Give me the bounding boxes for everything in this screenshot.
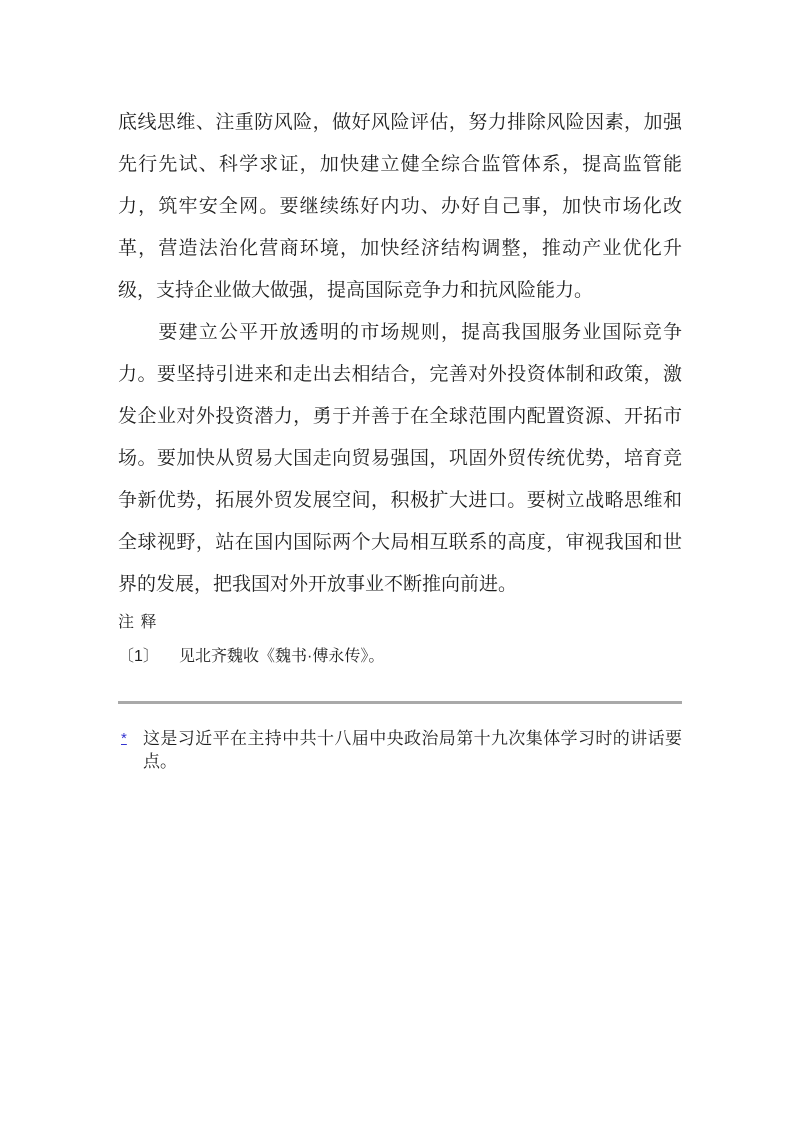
footnote: * 这是习近平在主持中共十八届中央政治局第十九次集体学习时的讲话要点。	[118, 727, 682, 773]
text-line: 级，支持企业做大做强，提高国际竞争力和抗风险能力。	[118, 270, 682, 312]
page: 底线思维、注重防风险，做好风险评估，努力排除风险因素，加强 先行先试、科学求证，…	[0, 0, 800, 1130]
text-line: 要建立公平开放透明的市场规则，提高我国服务业国际竞争	[118, 312, 682, 354]
notes-list: 〔1〕 见北齐魏收《魏书·傅永传》。	[118, 646, 682, 668]
paragraph-2: 要建立公平开放透明的市场规则，提高我国服务业国际竞争 力。要坚持引进来和走出去相…	[118, 312, 682, 606]
text-line: 场。要加快从贸易大国走向贸易强国，巩固外贸传统优势，培育竞	[118, 438, 682, 480]
divider-rule	[118, 701, 682, 704]
text-line: 发企业对外投资潜力，勇于并善于在全球范围内配置资源、开拓市	[118, 396, 682, 438]
note-marker: 〔1〕	[118, 646, 179, 668]
text-line: 争新优势，拓展外贸发展空间，积极扩大进口。要树立战略思维和	[118, 480, 682, 522]
note-text: 见北齐魏收《魏书·傅永传》。	[179, 646, 682, 668]
footnote-text: 这是习近平在主持中共十八届中央政治局第十九次集体学习时的讲话要点。	[143, 727, 682, 773]
notes-heading: 注 释	[118, 612, 157, 634]
text-line: 底线思维、注重防风险，做好风险评估，努力排除风险因素，加强	[118, 102, 682, 144]
text-line: 力。要坚持引进来和走出去相结合，完善对外投资体制和政策，激	[118, 354, 682, 396]
text-line: 力，筑牢安全网。要继续练好内功、办好自己事，加快市场化改	[118, 186, 682, 228]
text-line: 界的发展，把我国对外开放事业不断推向前进。	[118, 564, 682, 606]
body-text: 底线思维、注重防风险，做好风险评估，努力排除风险因素，加强 先行先试、科学求证，…	[118, 102, 682, 606]
text-line: 全球视野，站在国内国际两个大局相互联系的高度，审视我国和世	[118, 522, 682, 564]
note-item: 〔1〕 见北齐魏收《魏书·傅永传》。	[118, 646, 682, 668]
text-line: 革，营造法治化营商环境，加快经济结构调整，推动产业优化升	[118, 228, 682, 270]
paragraph-1: 底线思维、注重防风险，做好风险评估，努力排除风险因素，加强 先行先试、科学求证，…	[118, 102, 682, 312]
text-line: 先行先试、科学求证，加快建立健全综合监管体系，提高监管能	[118, 144, 682, 186]
footnote-asterisk-link[interactable]: *	[118, 727, 143, 750]
